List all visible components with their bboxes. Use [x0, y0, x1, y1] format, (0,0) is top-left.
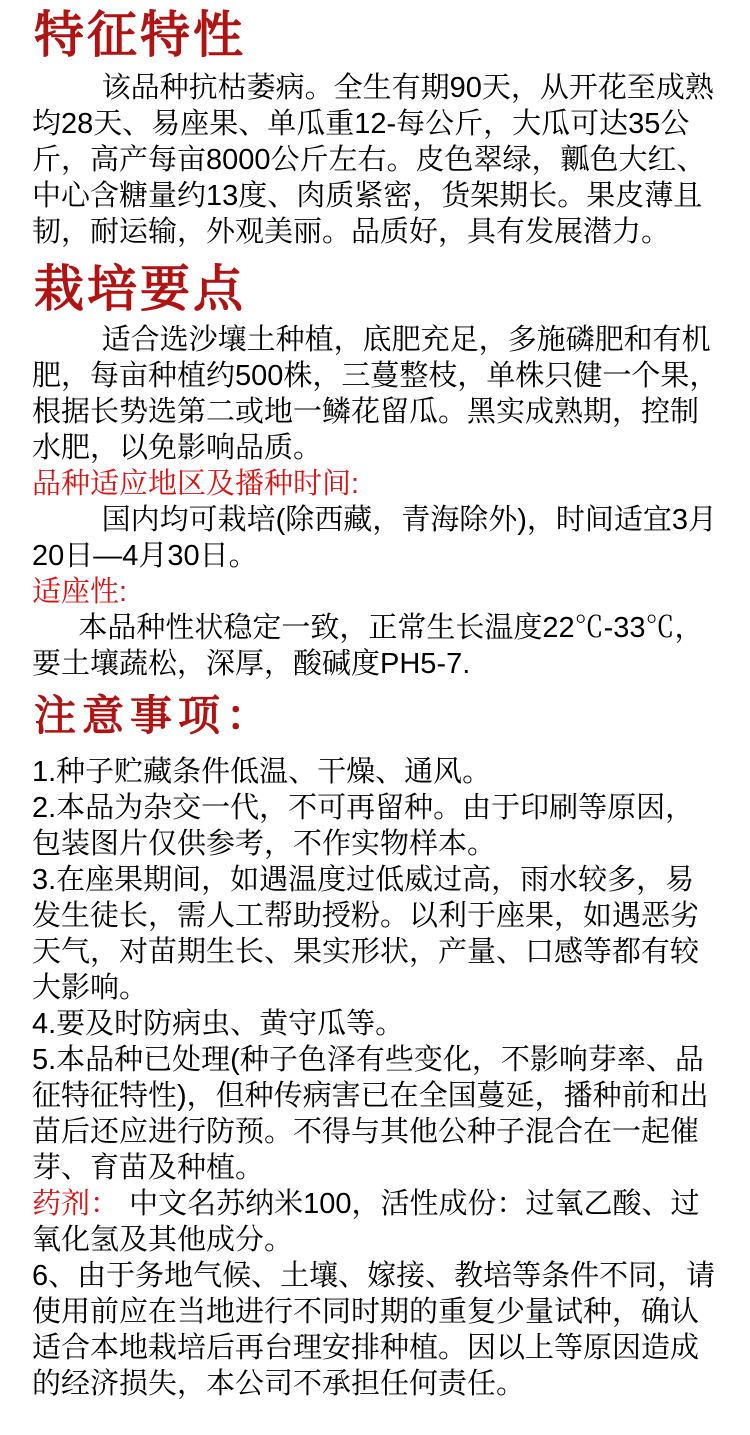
cultivation-paragraph: 适合选沙壤土种植，底肥充足，多施磷肥和有机肥，每亩种植约500株，三蔓整枝，单株…	[32, 322, 720, 466]
seed-description-page: 特征特性 该品种抗枯萎病。全生有期90天，从开花至成熟均28天、易座果、单瓜重1…	[0, 0, 750, 1435]
precaution-item-5: 5.本品种已处理(种子色泽有些变化，不影响芽率、品征特征特性)，但种传病害已在全…	[32, 1042, 720, 1186]
precaution-item-3: 3.在座果期间，如遇温度过低威过高，雨水较多，易发生徒长，需人工帮助授粉。以利于…	[32, 862, 720, 1006]
precaution-item-2: 2.本品为杂交一代，不可再留种。由于印刷等原因，包装图片仅供参考，不作实物样本。	[32, 790, 720, 862]
seating-suitability-text: 本品种性状稳定一致，正常生长温度22℃-33℃，要土壤蔬松，深厚，酸碱度PH5-…	[32, 610, 720, 682]
section-title-cultivation: 栽培要点	[34, 262, 720, 316]
precaution-item-4: 4.要及时防病虫、黄守瓜等。	[32, 1006, 720, 1042]
pesticide-label: 药剂：	[32, 1188, 119, 1220]
precaution-item-6: 6、由于务地气候、土壤、嫁接、教培等条件不同，请使用前应在当地进行不同时期的重复…	[32, 1258, 720, 1402]
seating-suitability-label: 适座性:	[32, 574, 720, 610]
precaution-item-1: 1.种子贮藏条件低温、干燥、通风。	[32, 754, 720, 790]
pesticide-text: 中文名苏纳米100，活性成份：过氧乙酸、过氧化氢及其他成分。	[32, 1188, 700, 1256]
region-sowing-time-label: 品种适应地区及播种时间:	[32, 466, 720, 502]
section-title-precautions: 注意事项：	[34, 694, 720, 740]
region-sowing-time-text: 国内均可栽培(除西藏，青海除外)，时间适宜3月20日—4月30日。	[32, 502, 720, 574]
characteristics-paragraph: 该品种抗枯萎病。全生有期90天，从开花至成熟均28天、易座果、单瓜重12-每公斤…	[32, 70, 720, 250]
pesticide-paragraph: 药剂：中文名苏纳米100，活性成份：过氧乙酸、过氧化氢及其他成分。	[32, 1186, 720, 1258]
section-title-characteristics: 特征特性	[34, 8, 720, 62]
